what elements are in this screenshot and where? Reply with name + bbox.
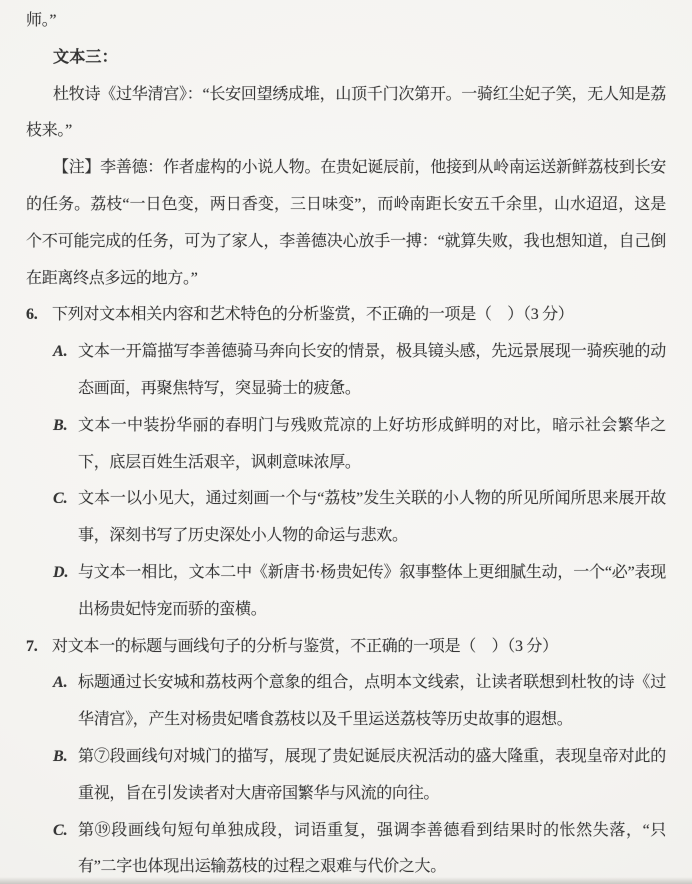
question-7: 7.对文本一的标题与画线句子的分析与鉴赏，不正确的一项是（ ）（3 分） A.标…: [26, 629, 666, 884]
question-6-option-a: A.文本一开篇描写李善德骑马奔向长安的情景，极具镜头感，先远景展现一骑疾驰的动态…: [26, 334, 666, 408]
question-6-option-d: D.与文本一相比，文本二中《新唐书·杨贵妃传》叙事整体上更细腻生动，一个“必”表…: [26, 555, 666, 629]
option-d-label: D.: [53, 555, 69, 592]
option-c-text: 文本一以小见大，通过刻画一个与“荔枝”发生关联的小人物的所见所闻所思来展开故事，…: [78, 490, 666, 544]
question-6-number: 6.: [26, 297, 37, 334]
exam-page: 师。” 文本三： 杜牧诗《过华清宫》：“长安回望绣成堆，山顶千门次第开。一骑红尘…: [0, 0, 692, 884]
option-b-text: 第⑦段画线句对城门的描写，展现了贵妃诞辰庆祝活动的盛大隆重，表现皇帝对此的重视，…: [78, 748, 666, 802]
question-6: 6.下列对文本相关内容和艺术特色的分析鉴赏，不正确的一项是（ ）（3 分） A.…: [26, 297, 666, 628]
paragraph-dumu-poem: 杜牧诗《过华清宫》：“长安回望绣成堆，山顶千门次第开。一骑红尘妃子笑，无人知是荔…: [26, 77, 666, 151]
paragraph-tail: 师。”: [26, 3, 666, 40]
question-7-stem: 对文本一的标题与画线句子的分析与鉴赏，不正确的一项是（ ）（3 分）: [52, 638, 558, 655]
question-6-stem-row: 6.下列对文本相关内容和艺术特色的分析鉴赏，不正确的一项是（ ）（3 分）: [26, 297, 666, 334]
question-7-option-b: B.第⑦段画线句对城门的描写，展现了贵妃诞辰庆祝活动的盛大隆重，表现皇帝对此的重…: [26, 739, 666, 813]
option-b-text: 文本一中装扮华丽的春明门与残败荒凉的上好坊形成鲜明的对比，暗示社会繁华之下，底层…: [78, 417, 666, 471]
question-6-stem: 下列对文本相关内容和艺术特色的分析鉴赏，不正确的一项是（ ）（3 分）: [52, 306, 574, 323]
option-a-text: 文本一开篇描写李善德骑马奔向长安的情景，极具镜头感，先远景展现一骑疾驰的动态画面…: [78, 343, 666, 397]
option-c-label: C.: [53, 813, 68, 850]
question-6-option-b: B.文本一中装扮华丽的春明门与残败荒凉的上好坊形成鲜明的对比，暗示社会繁华之下，…: [26, 408, 666, 482]
paragraph-note: 【注】李善德：作者虚构的小说人物。在贵妃诞辰前，他接到从岭南运送新鲜荔枝到长安的…: [26, 150, 666, 297]
question-7-option-a: A.标题通过长安城和荔枝两个意象的组合，点明本文线索，让读者联想到杜牧的诗《过华…: [26, 665, 666, 739]
option-a-text: 标题通过长安城和荔枝两个意象的组合，点明本文线索，让读者联想到杜牧的诗《过华清宫…: [78, 674, 666, 728]
option-c-text: 第⑲段画线句短句单独成段，词语重复，强调李善德看到结果时的怅然失落，“只有”二字…: [78, 822, 666, 876]
question-7-option-c: C.第⑲段画线句短句单独成段，词语重复，强调李善德看到结果时的怅然失落，“只有”…: [26, 813, 666, 884]
option-a-label: A.: [53, 334, 68, 371]
option-c-label: C.: [53, 481, 68, 518]
option-b-label: B.: [53, 739, 68, 776]
option-b-label: B.: [53, 408, 68, 445]
question-7-stem-row: 7.对文本一的标题与画线句子的分析与鉴赏，不正确的一项是（ ）（3 分）: [26, 629, 666, 666]
section-heading-text3: 文本三：: [26, 40, 666, 77]
option-a-label: A.: [53, 665, 68, 702]
question-6-option-c: C.文本一以小见大，通过刻画一个与“荔枝”发生关联的小人物的所见所闻所思来展开故…: [26, 481, 666, 555]
option-d-text: 与文本一相比，文本二中《新唐书·杨贵妃传》叙事整体上更细腻生动，一个“必”表现出…: [78, 564, 666, 618]
question-7-number: 7.: [26, 629, 37, 666]
